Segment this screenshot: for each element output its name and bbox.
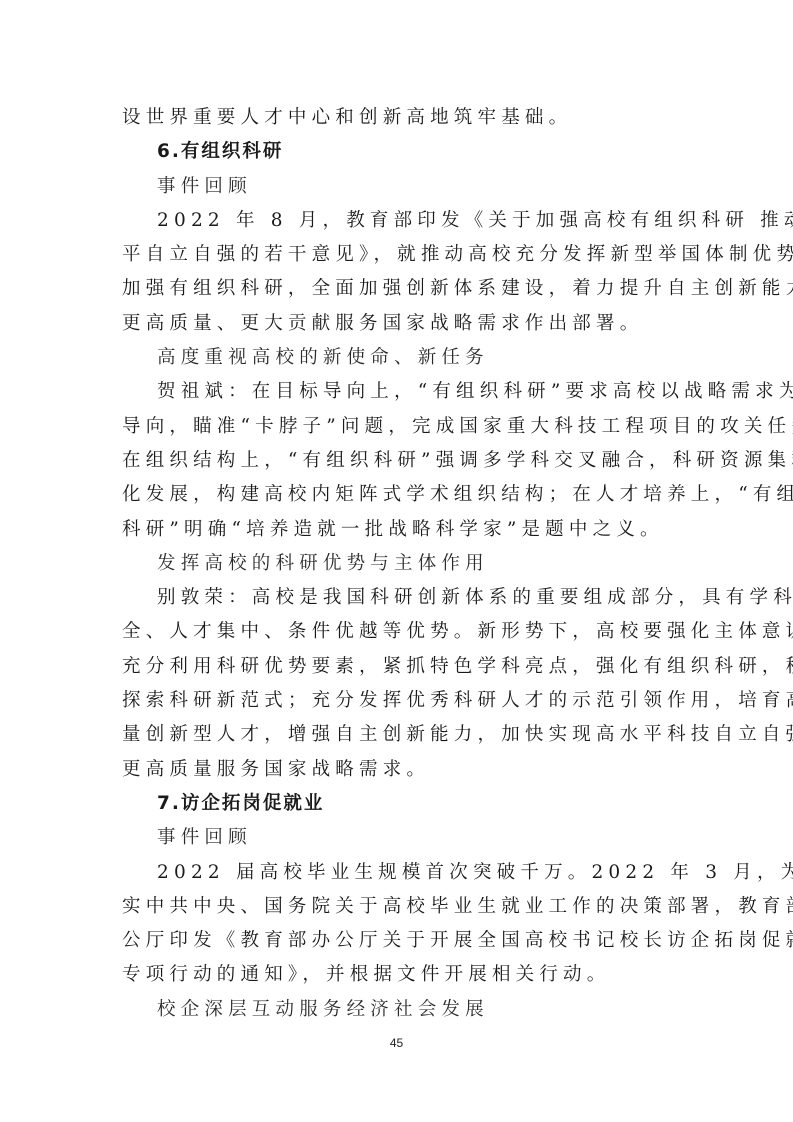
document-page: 设世界重要人才中心和创新高地筑牢基础。 6.有组织科研 事件回顾 2022 年 … bbox=[122, 101, 674, 1027]
text-line: 实中共中央、国务院关于高校毕业生就业工作的决策部署，教育部办 bbox=[122, 890, 674, 924]
subheading: 校企深层互动服务经济社会发展 bbox=[122, 993, 674, 1027]
text-line: 2022 届高校毕业生规模首次突破千万。2022 年 3 月，为贯彻落 bbox=[122, 856, 674, 890]
text-line: 化发展，构建高校内矩阵式学术组织结构；在人才培养上，“有组织 bbox=[122, 478, 674, 512]
subheading: 发挥高校的科研优势与主体作用 bbox=[122, 547, 674, 581]
subheading: 高度重视高校的新使命、新任务 bbox=[122, 341, 674, 375]
text-line: 平自立自强的若干意见》，就推动高校充分发挥新型举国体制优势， bbox=[122, 238, 674, 272]
text-line: 加强有组织科研，全面加强创新体系建设，着力提升自主创新能力， bbox=[122, 272, 674, 306]
text-line: 专项行动的通知》，并根据文件开展相关行动。 bbox=[122, 958, 674, 992]
text-line: 设世界重要人才中心和创新高地筑牢基础。 bbox=[122, 101, 674, 135]
text-line: 量创新型人才，增强自主创新能力，加快实现高水平科技自立自强， bbox=[122, 718, 674, 752]
text-line: 贺祖斌：在目标导向上，“有组织科研”要求高校以战略需求为 bbox=[122, 375, 674, 409]
subheading: 事件回顾 bbox=[122, 821, 674, 855]
text-line: 别敦荣：高校是我国科研创新体系的重要组成部分，具有学科齐 bbox=[122, 581, 674, 615]
text-line: 公厅印发《教育部办公厅关于开展全国高校书记校长访企拓岗促就业 bbox=[122, 924, 674, 958]
text-line: 探索科研新范式；充分发挥优秀科研人才的示范引领作用，培育高质 bbox=[122, 684, 674, 718]
subheading: 事件回顾 bbox=[122, 170, 674, 204]
text-line: 全、人才集中、条件优越等优势。新形势下，高校要强化主体意识， bbox=[122, 615, 674, 649]
text-line: 在组织结构上，“有组织科研”强调多学科交叉融合，科研资源集群 bbox=[122, 444, 674, 478]
text-line: 更高质量、更大贡献服务国家战略需求作出部署。 bbox=[122, 307, 674, 341]
text-line: 导向，瞄准“卡脖子”问题，完成国家重大科技工程项目的攻关任务； bbox=[122, 410, 674, 444]
page-number: 45 bbox=[0, 1036, 793, 1050]
text-line: 充分利用科研优势要素，紧抓特色学科亮点，强化有组织科研，积极 bbox=[122, 650, 674, 684]
text-line: 更高质量服务国家战略需求。 bbox=[122, 753, 674, 787]
text-line: 科研”明确“培养造就一批战略科学家”是题中之义。 bbox=[122, 513, 674, 547]
text-line: 2022 年 8 月，教育部印发《关于加强高校有组织科研 推动高水 bbox=[122, 204, 674, 238]
section-heading-7: 7.访企拓岗促就业 bbox=[122, 787, 674, 821]
section-heading-6: 6.有组织科研 bbox=[122, 135, 674, 169]
